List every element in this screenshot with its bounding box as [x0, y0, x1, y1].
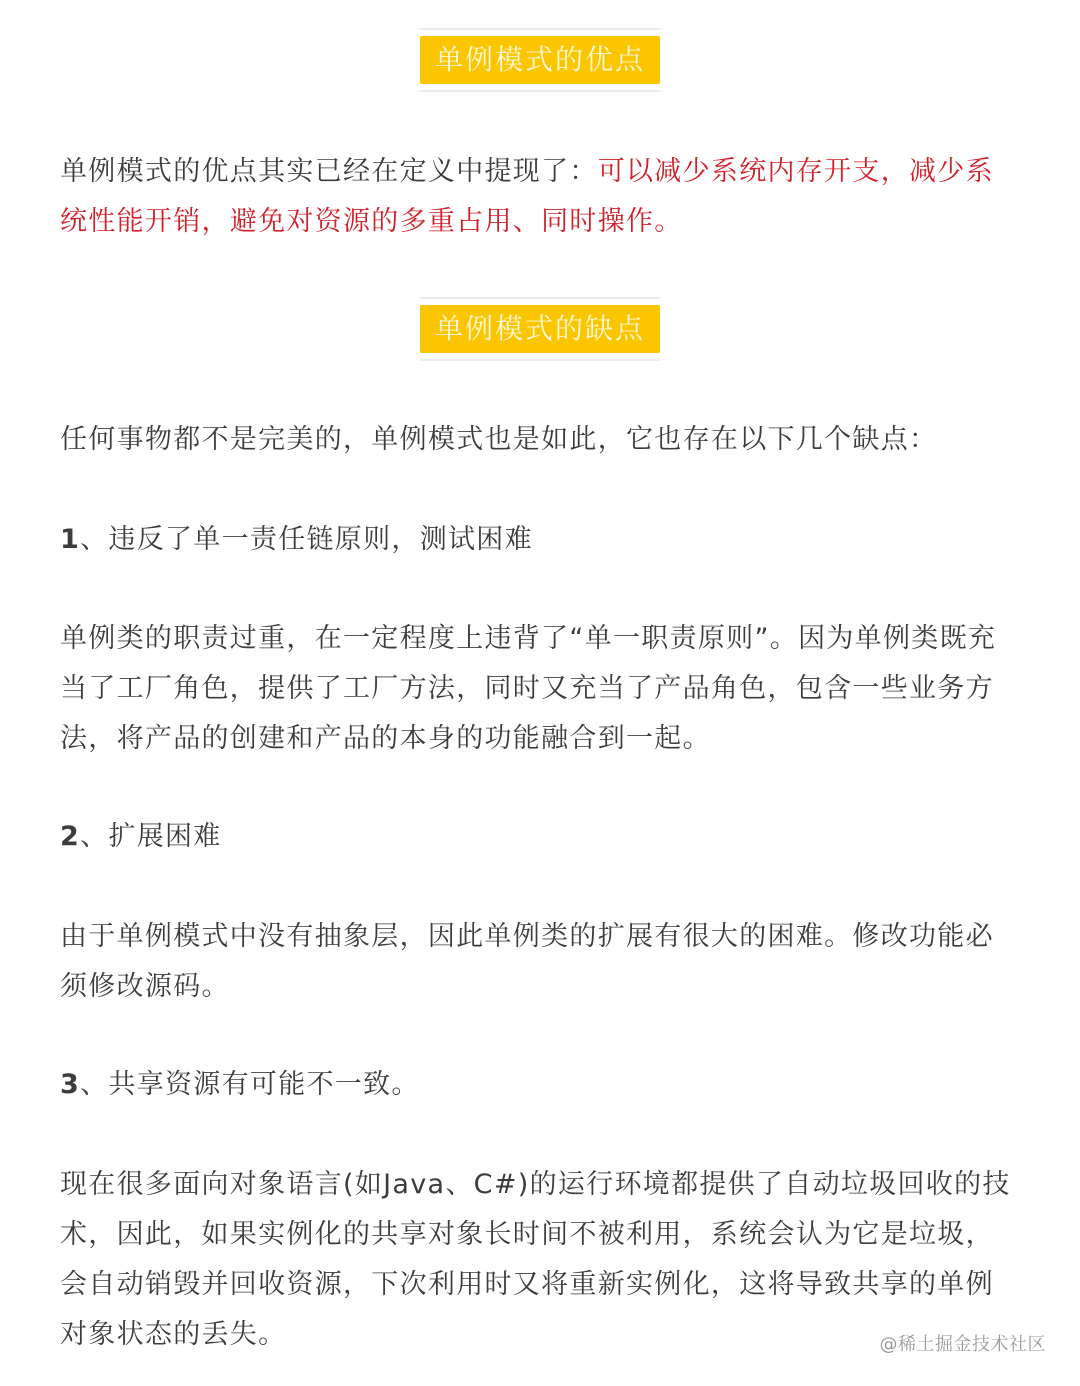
section-title-advantages: 单例模式的优点 — [420, 36, 660, 84]
item-heading-text: 共享资源有可能不一致。 — [108, 1069, 419, 1100]
divider-bottom — [420, 359, 660, 361]
item-number: 2 — [60, 821, 80, 852]
advantages-paragraph: 单例模式的优点其实已经在定义中提现了：可以减少系统内存开支，减少系统性能开销，避… — [60, 147, 1020, 247]
item-body-1: 单例类的职责过重，在一定程度上违背了“单一职责原则”。因为单例类既充当了工厂角色… — [60, 614, 1020, 764]
item-body-2: 由于单例模式中没有抽象层，因此单例类的扩展有很大的困难。修改功能必须修改源码。 — [60, 912, 1020, 1012]
item-separator: 、 — [80, 821, 108, 852]
section-header-disadvantages: 单例模式的缺点 — [420, 297, 660, 361]
item-heading-2: 2、扩展困难 — [60, 812, 1020, 862]
section-header-advantages: 单例模式的优点 — [420, 28, 660, 92]
watermark: @稀土掘金技术社区 — [880, 1330, 1047, 1356]
disadvantages-intro: 任何事物都不是完美的，单例模式也是如此，它也存在以下几个缺点： — [60, 415, 1020, 465]
item-number: 1 — [60, 524, 80, 555]
divider-top — [420, 297, 660, 299]
item-heading-3: 3、共享资源有可能不一致。 — [60, 1060, 1020, 1110]
section-title-disadvantages: 单例模式的缺点 — [420, 305, 660, 353]
item-heading-text: 违反了单一责任链原则，测试困难 — [108, 524, 533, 555]
item-heading-1: 1、违反了单一责任链原则，测试困难 — [60, 515, 1020, 565]
item-number: 3 — [60, 1069, 80, 1100]
item-body-3: 现在很多面向对象语言(如Java、C#)的运行环境都提供了自动垃圾回收的技术，因… — [60, 1160, 1020, 1360]
divider-top — [420, 28, 660, 30]
item-separator: 、 — [80, 524, 108, 555]
advantages-text: 单例模式的优点其实已经在定义中提现了： — [60, 156, 598, 187]
item-separator: 、 — [80, 1069, 108, 1100]
divider-bottom — [420, 90, 660, 92]
item-heading-text: 扩展困难 — [108, 821, 221, 852]
